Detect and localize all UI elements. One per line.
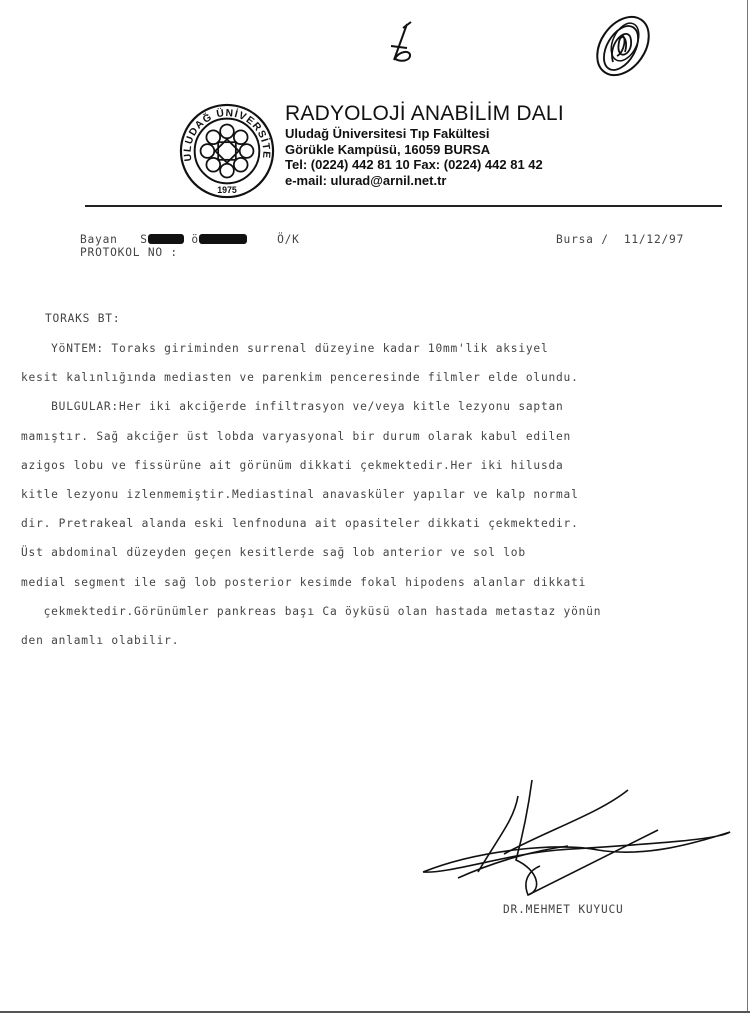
handwritten-page-number bbox=[385, 20, 425, 70]
salutation: Bayan bbox=[80, 233, 118, 246]
report-line: kitle lezyonu izlenmemiştir.Mediastinal … bbox=[21, 488, 579, 501]
protocol-label: PROTOKOL NO : bbox=[80, 246, 178, 259]
report-line: Üst abdominal düzeyden geçen kesitlerde … bbox=[21, 546, 526, 559]
patient-initial-last: ö bbox=[191, 233, 199, 246]
exam-title: TORAKS BT: bbox=[45, 312, 120, 325]
phone-fax: Tel: (0224) 442 81 10 Fax: (0224) 442 81… bbox=[285, 157, 564, 173]
report-line: medial segment ile sağ lob posterior kes… bbox=[21, 576, 586, 589]
department-name: RADYOLOJİ ANABİLİM DALI bbox=[285, 102, 564, 126]
seal-year: 1975 bbox=[217, 185, 237, 195]
patient-line: Bayan S ö Ö/K bbox=[80, 233, 300, 246]
report-line: çekmektedir.Görünümler pankreas başı Ca … bbox=[21, 605, 601, 618]
report-line: dir. Pretrakeal alanda eski lenfnoduna a… bbox=[21, 517, 579, 530]
university-seal-logo: ULUDAĞ ÜNİVERSİTESİ 1975 bbox=[178, 102, 276, 200]
report-line: mamıştır. Sağ akciğer üst lobda varyasyo… bbox=[21, 430, 571, 443]
handwritten-scribble-icon bbox=[585, 12, 660, 82]
report-line: BULGULAR:Her iki akciğerde infiltrasyon … bbox=[21, 400, 564, 413]
patient-initial-first: S bbox=[140, 233, 148, 246]
letterhead-divider bbox=[85, 205, 722, 207]
report-line: azigos lobu ve fissürüne ait görünüm dik… bbox=[21, 459, 564, 472]
email: e-mail: ulurad@arnil.net.tr bbox=[285, 173, 564, 189]
report-line: YöNTEM: Toraks giriminden surrenal düzey… bbox=[21, 342, 548, 355]
svg-text:ULUDAĞ ÜNİVERSİTESİ: ULUDAĞ ÜNİVERSİTESİ bbox=[178, 102, 272, 162]
place-date: Bursa / 11/12/97 bbox=[556, 233, 684, 246]
letterhead: ULUDAĞ ÜNİVERSİTESİ 1975 RADYOLOJİ ANABİ… bbox=[178, 100, 738, 210]
signer-name: DR.MEHMET KUYUCU bbox=[503, 903, 624, 916]
redaction-bar bbox=[199, 234, 247, 244]
address: Görükle Kampüsü, 16059 BURSA bbox=[285, 142, 564, 158]
letterhead-text: RADYOLOJİ ANABİLİM DALI Uludağ Üniversit… bbox=[285, 102, 564, 188]
seal-text: ULUDAĞ ÜNİVERSİTESİ bbox=[178, 102, 272, 162]
report-line: kesit kalınlığında mediasten ve parenkim… bbox=[21, 371, 579, 384]
handwritten-signature bbox=[418, 780, 738, 900]
report-line: den anlamlı olabilir. bbox=[21, 634, 179, 647]
patient-code: Ö/K bbox=[277, 233, 300, 246]
faculty-name: Uludağ Üniversitesi Tıp Fakültesi bbox=[285, 126, 564, 142]
page-edge bbox=[747, 0, 748, 1013]
protocol-line: PROTOKOL NO : bbox=[80, 246, 186, 259]
redaction-bar bbox=[148, 234, 184, 244]
